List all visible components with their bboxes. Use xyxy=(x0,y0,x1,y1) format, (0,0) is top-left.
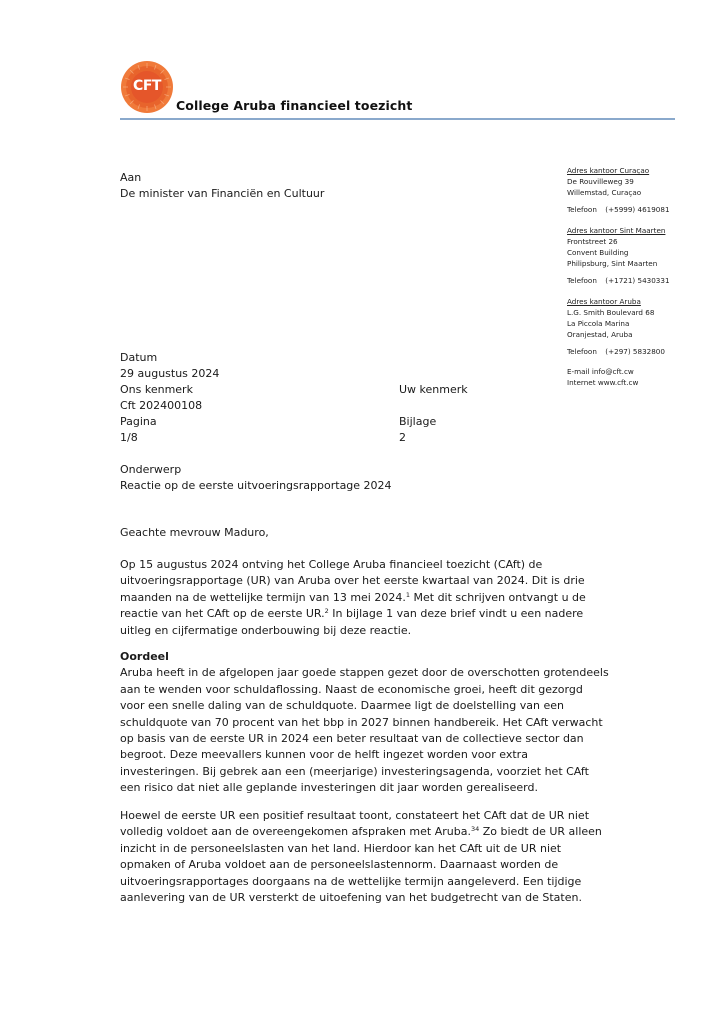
our-reference-value: Cft 202400108 xyxy=(120,398,202,414)
text-run: volledig voldoet aan de overeengekomen a… xyxy=(120,825,471,838)
text-run: Zo biedt de UR alleen xyxy=(479,825,602,838)
logo-text: CFT xyxy=(120,78,174,94)
page-label: Pagina xyxy=(120,414,157,430)
phone-number: (+297) 5832800 xyxy=(605,347,665,356)
subject-text: Reactie op de eerste uitvoeringsrapporta… xyxy=(120,478,392,494)
section-heading: Oordeel xyxy=(120,649,590,665)
phone-number: (+5999) 4619081 xyxy=(605,205,669,214)
recipient-name: De minister van Financiën en Cultuur xyxy=(120,186,324,202)
office-address-line: L.G. Smith Boulevard 68 xyxy=(567,307,665,318)
website-link[interactable]: www.cft.cw xyxy=(598,378,639,387)
office-address-line: Convent Building xyxy=(567,247,670,258)
paragraph-line: investeringen. Bij gebrek aan een (meerj… xyxy=(120,764,590,780)
paragraph-line: schuldquote van 70 procent van het bbp i… xyxy=(120,715,590,731)
office-heading: Adres kantoor Aruba xyxy=(567,296,665,307)
hoewel-paragraph: Hoewel de eerste UR een positief resulta… xyxy=(120,808,590,906)
paragraph-line: Op 15 augustus 2024 ontving het College … xyxy=(120,557,590,573)
paragraph-line: opmaken of Aruba voldoet aan de personee… xyxy=(120,857,590,873)
office-address-line: La Piccola Marina xyxy=(567,318,665,329)
office-address-line: De Rouvilleweg 39 xyxy=(567,176,670,187)
paragraph-line: inzicht in de personeelslasten van het l… xyxy=(120,841,590,857)
paragraph-line: een risico dat niet alle geplande invest… xyxy=(120,780,590,796)
paragraph-line: reactie van het CAft op de eerste UR.2 I… xyxy=(120,606,590,622)
text-run: maanden na de wettelijke termijn van 13 … xyxy=(120,591,406,604)
paragraph-line: begroot. Deze meevallers kunnen voor de … xyxy=(120,747,590,763)
paragraph-line: aanlevering van de UR versterkt de uitoe… xyxy=(120,890,590,906)
office-sint-maarten: Adres kantoor Sint Maarten Frontstreet 2… xyxy=(567,225,670,286)
date-label: Datum xyxy=(120,350,157,366)
paragraph-line: maanden na de wettelijke termijn van 13 … xyxy=(120,590,590,606)
office-curacao: Adres kantoor Curaçao De Rouvilleweg 39 … xyxy=(567,165,670,215)
internet-label: Internet xyxy=(567,378,596,387)
our-reference-label: Ons kenmerk xyxy=(120,382,193,398)
oordeel-section: Oordeel Aruba heeft in de afgelopen jaar… xyxy=(120,649,590,797)
office-phone: Telefoon (+5999) 4619081 xyxy=(567,204,670,215)
text-run: In bijlage 1 van deze brief vindt u een … xyxy=(329,607,583,620)
text-run: Met dit schrijven ontvangt u de xyxy=(410,591,586,604)
intro-paragraph: Op 15 augustus 2024 ontving het College … xyxy=(120,557,590,639)
phone-label: Telefoon xyxy=(567,346,603,357)
email-label: E-mail xyxy=(567,367,590,376)
office-heading: Adres kantoor Curaçao xyxy=(567,165,670,176)
cft-logo: CFT xyxy=(120,60,174,114)
paragraph-line: volledig voldoet aan de overeengekomen a… xyxy=(120,824,590,840)
header-divider xyxy=(120,118,675,120)
paragraph-line: Hoewel de eerste UR een positief resulta… xyxy=(120,808,590,824)
office-address-line: Frontstreet 26 xyxy=(567,236,670,247)
office-address-line: Willemstad, Curaçao xyxy=(567,187,670,198)
paragraph-line: voor een snelle daling van de schuldquot… xyxy=(120,698,590,714)
organization-name: College Aruba financieel toezicht xyxy=(176,98,413,113)
office-heading: Adres kantoor Sint Maarten xyxy=(567,225,670,236)
office-aruba: Adres kantoor Aruba L.G. Smith Boulevard… xyxy=(567,296,665,357)
paragraph-line: aan te wenden voor schuldaflossing. Naas… xyxy=(120,682,590,698)
email-link[interactable]: info@cft.cw xyxy=(592,367,634,376)
footnote-ref-34[interactable]: 34 xyxy=(471,825,479,833)
phone-label: Telefoon xyxy=(567,275,603,286)
text-run: reactie van het CAft op de eerste UR. xyxy=(120,607,325,620)
recipient-label: Aan xyxy=(120,170,141,186)
office-address-line: Philipsburg, Sint Maarten xyxy=(567,258,670,269)
paragraph-line: uitvoeringsrapportages doorgaans na de w… xyxy=(120,874,590,890)
paragraph-line: uitvoeringsrapportage (UR) van Aruba ove… xyxy=(120,573,590,589)
paragraph-line: uitleg en cijfermatige onderbouwing bij … xyxy=(120,623,590,639)
office-phone: Telefoon (+297) 5832800 xyxy=(567,346,665,357)
paragraph-line: Aruba heeft in de afgelopen jaar goede s… xyxy=(120,665,590,681)
phone-number: (+1721) 5430331 xyxy=(605,276,669,285)
office-phone: Telefoon (+1721) 5430331 xyxy=(567,275,670,286)
paragraph-line: op basis van de eerste UR in 2024 een be… xyxy=(120,731,590,747)
office-address-line: Oranjestad, Aruba xyxy=(567,329,665,340)
salutation: Geachte mevrouw Maduro, xyxy=(120,525,269,541)
date-value: 29 augustus 2024 xyxy=(120,366,219,382)
contact-info: E-mail info@cft.cw Internet www.cft.cw xyxy=(567,366,638,388)
page-value: 1/8 xyxy=(120,430,138,446)
your-reference-label: Uw kenmerk xyxy=(399,382,468,398)
subject-label: Onderwerp xyxy=(120,462,181,478)
phone-label: Telefoon xyxy=(567,204,603,215)
attachment-value: 2 xyxy=(399,430,406,446)
attachment-label: Bijlage xyxy=(399,414,436,430)
